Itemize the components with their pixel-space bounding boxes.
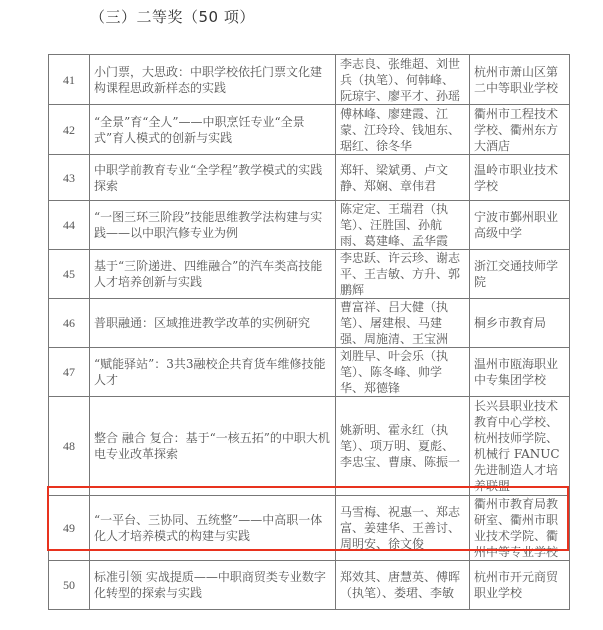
row-number: 47 xyxy=(49,348,90,397)
authors: 郑轩、梁斌勇、卢文静、郑娴、章伟君 xyxy=(336,155,470,201)
row-number: 42 xyxy=(49,105,90,155)
project-title: 小门票，大思政：中职学校依托门票文化建构课程思政新样态的实践 xyxy=(90,55,336,105)
project-title: 基于“三阶递进、四维融合”的汽车类高技能人才培养创新与实践 xyxy=(90,250,336,299)
authors: 姚新明、霍永红（执笔）、项万明、夏彪、李忠宝、曹康、陈振一 xyxy=(336,397,470,496)
authors: 李忠跃、许云珍、谢志平、王吉敏、方升、郭鹏辉 xyxy=(336,250,470,299)
table-row: 46 普职融通：区域推进教学改革的实例研究 曹富祥、吕大健（执笔）、屠建根、马建… xyxy=(49,299,570,348)
table-row: 48 整合 融合 复合：基于“一核五拓”的中职大机电专业改革探索 姚新明、霍永红… xyxy=(49,397,570,496)
authors: 陈定定、王瑞君（执笔）、汪胜国、孙航雨、葛建峰、孟华霞 xyxy=(336,201,470,250)
table-row: 47 “赋能驿站”：3共3融校企共育货车维修技能人才 刘胜早、叶会乐（执笔）、陈… xyxy=(49,348,570,397)
authors: 曹富祥、吕大健（执笔）、屠建根、马建强、周施清、王宝洲 xyxy=(336,299,470,348)
organization: 桐乡市教育局 xyxy=(470,299,570,348)
row-number: 41 xyxy=(49,55,90,105)
organization: 衢州市工程技术学校、衢州东方大酒店 xyxy=(470,105,570,155)
row-number: 44 xyxy=(49,201,90,250)
table-row: 44 “一图三环三阶段”技能思维教学法构建与实践——以中职汽修专业为例 陈定定、… xyxy=(49,201,570,250)
organization: 杭州市萧山区第二中等职业学校 xyxy=(470,55,570,105)
table-row: 43 中职学前教育专业“全学程”教学模式的实践探索 郑轩、梁斌勇、卢文静、郑娴、… xyxy=(49,155,570,201)
row-number: 50 xyxy=(49,561,90,610)
section-heading: （三）二等奖（50 项） xyxy=(90,6,255,27)
organization: 衢州市教育局教研室、衢州市职业技术学院、衢州中等专业学校 xyxy=(470,496,570,561)
authors: 刘胜早、叶会乐（执笔）、陈冬峰、帅学华、郑德锋 xyxy=(336,348,470,397)
organization: 温州市瓯海职业中专集团学校 xyxy=(470,348,570,397)
awards-table: 41 小门票，大思政：中职学校依托门票文化建构课程思政新样态的实践 李志良、张维… xyxy=(48,54,570,610)
organization: 宁波市鄞州职业高级中学 xyxy=(470,201,570,250)
project-title: “赋能驿站”：3共3融校企共育货车维修技能人才 xyxy=(90,348,336,397)
table-row: 45 基于“三阶递进、四维融合”的汽车类高技能人才培养创新与实践 李忠跃、许云珍… xyxy=(49,250,570,299)
row-number: 48 xyxy=(49,397,90,496)
row-number: 49 xyxy=(49,496,90,561)
organization: 温岭市职业技术学校 xyxy=(470,155,570,201)
row-number: 46 xyxy=(49,299,90,348)
authors: 马雪梅、祝惠一、郑志富、姜建华、王善讨、周明安、徐文俊 xyxy=(336,496,470,561)
project-title: “一图三环三阶段”技能思维教学法构建与实践——以中职汽修专业为例 xyxy=(90,201,336,250)
authors: 李志良、张维超、刘世兵（执笔）、何韩峰、阮琼宇、廖平才、孙瑶 xyxy=(336,55,470,105)
project-title: 标准引领 实战提质——中职商贸类专业数字化转型的探索与实践 xyxy=(90,561,336,610)
project-title: 普职融通：区域推进教学改革的实例研究 xyxy=(90,299,336,348)
authors: 郑效其、唐慧英、傅晖（执笔）、娄珺、李敏 xyxy=(336,561,470,610)
row-number: 43 xyxy=(49,155,90,201)
project-title: “全景”育“全人”——中职烹饪专业“全景式”育人模式的创新与实践 xyxy=(90,105,336,155)
authors: 傅林峰、廖建霞、江蒙、江玲玲、钱旭东、琚红、徐冬华 xyxy=(336,105,470,155)
project-title: 整合 融合 复合：基于“一核五拓”的中职大机电专业改革探索 xyxy=(90,397,336,496)
table-row: 41 小门票，大思政：中职学校依托门票文化建构课程思政新样态的实践 李志良、张维… xyxy=(49,55,570,105)
table-row-highlighted: 49 “一平台、三协同、五统整”——中高职一体化人才培养模式的构建与实践 马雪梅… xyxy=(49,496,570,561)
project-title: “一平台、三协同、五统整”——中高职一体化人才培养模式的构建与实践 xyxy=(90,496,336,561)
table-row: 42 “全景”育“全人”——中职烹饪专业“全景式”育人模式的创新与实践 傅林峰、… xyxy=(49,105,570,155)
project-title: 中职学前教育专业“全学程”教学模式的实践探索 xyxy=(90,155,336,201)
organization: 长兴县职业技术教育中心学校、杭州技师学院、机械行 FANUC 先进制造人才培养联… xyxy=(470,397,570,496)
row-number: 45 xyxy=(49,250,90,299)
organization: 浙江交通技师学院 xyxy=(470,250,570,299)
table-row: 50 标准引领 实战提质——中职商贸类专业数字化转型的探索与实践 郑效其、唐慧英… xyxy=(49,561,570,610)
organization: 杭州市开元商贸职业学校 xyxy=(470,561,570,610)
